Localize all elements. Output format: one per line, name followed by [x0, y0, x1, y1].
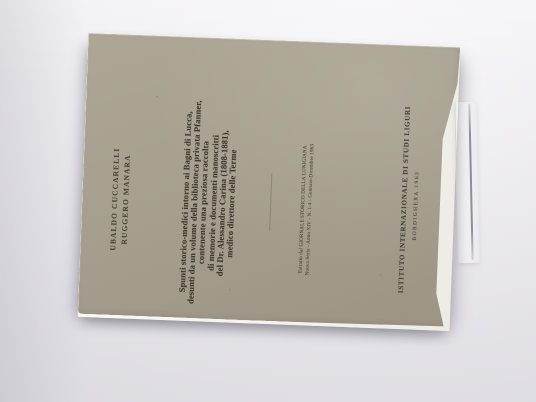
cover-speck — [229, 289, 231, 291]
acrylic-stand-clip — [454, 102, 479, 263]
acrylic-stand-edge — [468, 104, 473, 260]
cover-speck — [156, 96, 158, 98]
pamphlet: UBALDO CUCCARELLI RUGGERO MANARA Spunti … — [78, 33, 461, 331]
imprint-block: Estratto dal GIORNALE STORICO DELLA LUNI… — [297, 139, 316, 279]
divider-rule — [269, 173, 272, 231]
authors-block: UBALDO CUCCARELLI RUGGERO MANARA — [107, 144, 135, 255]
photo-backdrop: UBALDO CUCCARELLI RUGGERO MANARA Spunti … — [0, 0, 536, 402]
cover-speck — [379, 274, 381, 276]
title-block: Spunti storico-medici intorno ai Bagni d… — [177, 91, 241, 315]
pamphlet-front-cover: UBALDO CUCCARELLI RUGGERO MANARA Spunti … — [78, 33, 461, 328]
publisher-block: ISTITUTO INTERNAZIONALE DI STUDI LIGURI … — [397, 117, 428, 294]
